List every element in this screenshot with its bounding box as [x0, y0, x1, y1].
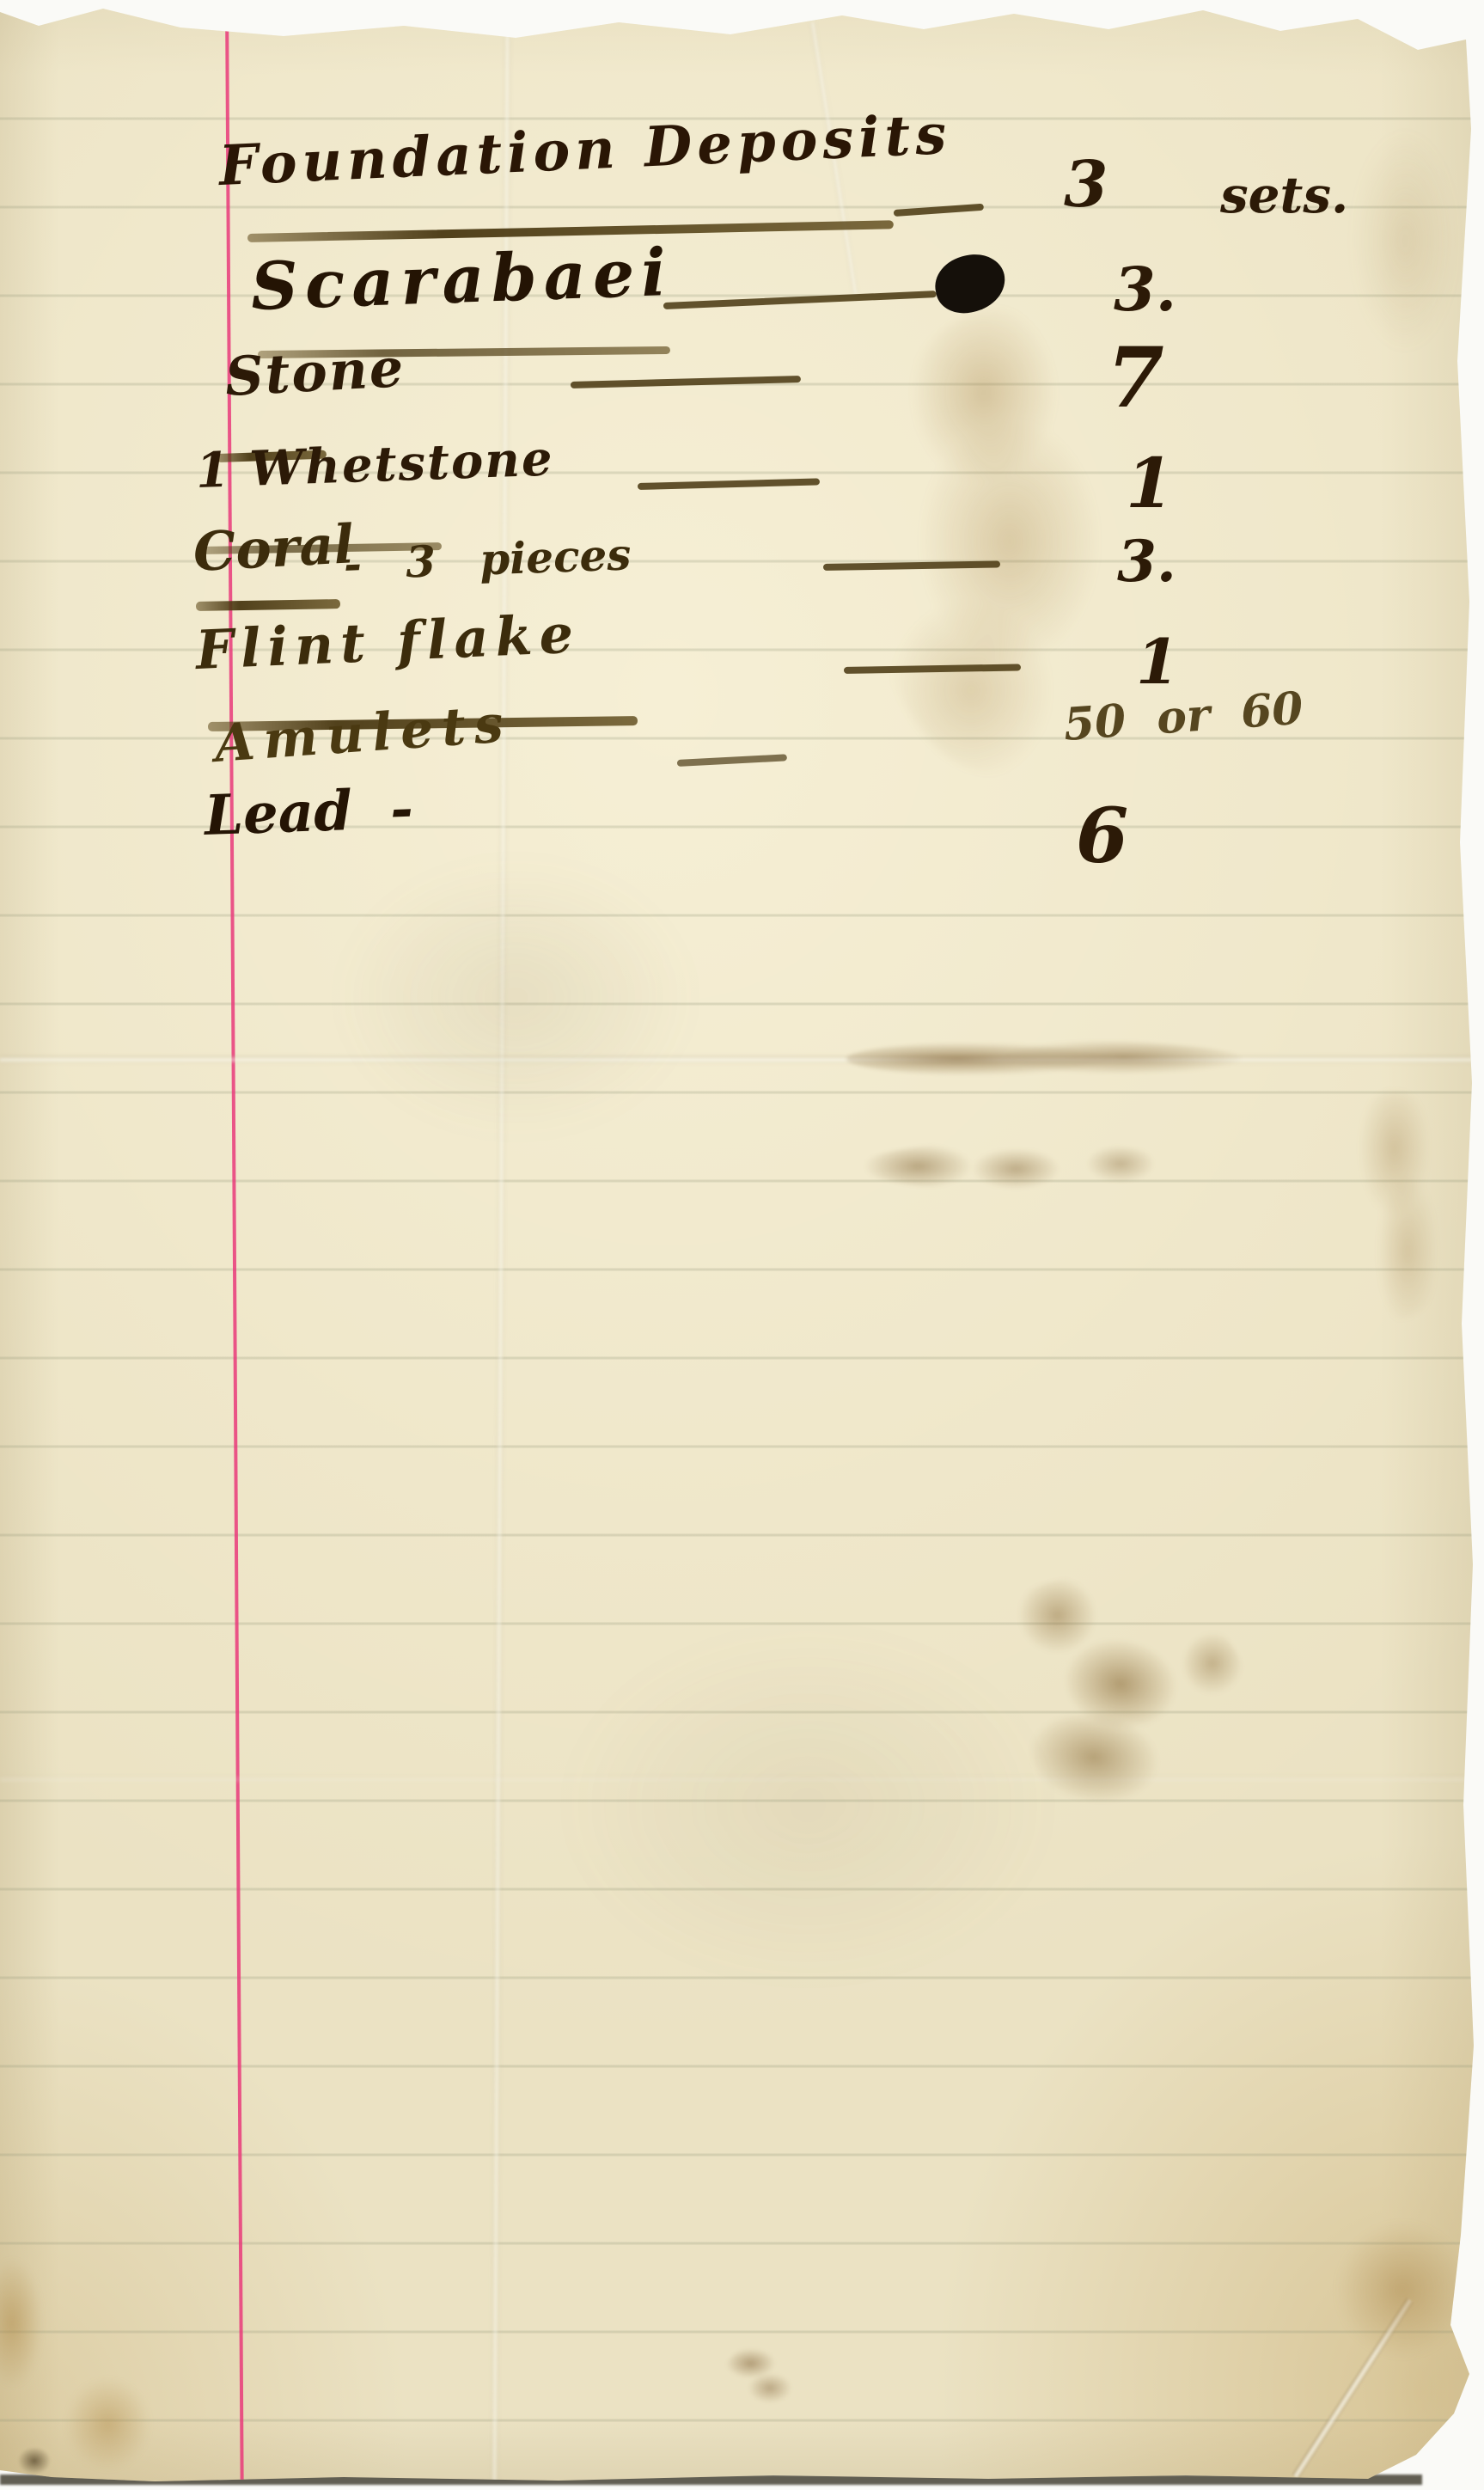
ruled-lines — [0, 32, 1484, 2490]
paper-sheet: Foundation Deposits 3 sets. Scarabaei 3.… — [0, 0, 1484, 2490]
